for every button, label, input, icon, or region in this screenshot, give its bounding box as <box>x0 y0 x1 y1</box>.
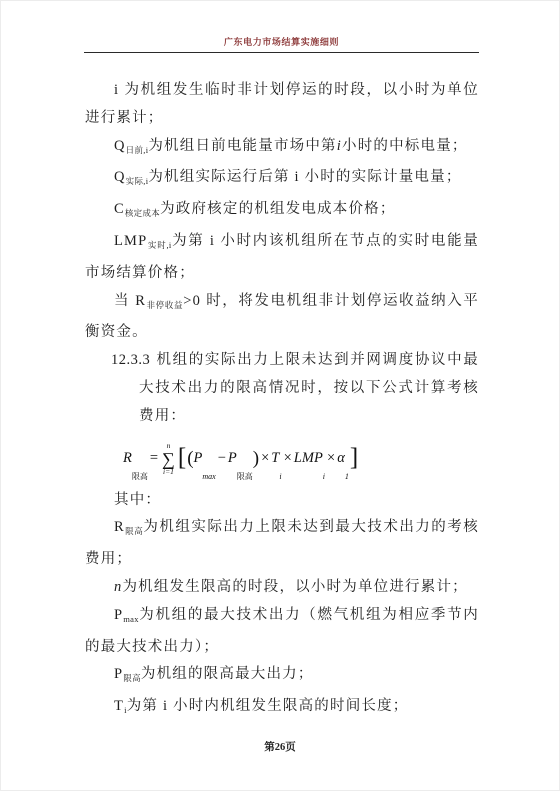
times-sign-3: × <box>327 451 335 466</box>
p-limit-definition: P限高为机组的限高最大出力； <box>85 661 479 693</box>
paragraphs-before-formula: i 为机组发生临时非计划停运的时段，以小时为单位进行累计；Q日前,i为机组日前电… <box>85 77 479 431</box>
text-segment: R <box>114 519 125 535</box>
text-segment: i 为机组发生临时非计划停运的时段，以小时为单位进行累计； <box>85 82 479 126</box>
text-segment: P <box>114 607 123 623</box>
clause-number: 12.3.3 <box>111 347 156 375</box>
text-segment: 小时的中标电量； <box>342 138 468 154</box>
c-approved-cost-definition: C核定成本为政府核定的机组发电成本价格； <box>85 196 479 228</box>
formula-lhs: R <box>123 451 132 466</box>
formula-lhs-subscript: 限高 <box>132 473 148 481</box>
lmp-realtime-definition: LMP实时,i为第 i 小时内该机组所在节点的实时电能量市场结算价格； <box>85 228 479 288</box>
p-max-variable: P <box>194 451 203 466</box>
q-actual-definition: Q实际,i为机组实际运行后第 i 小时的实际计量电量； <box>85 164 479 196</box>
formula-where: 其中： <box>85 487 479 515</box>
text-segment: 限高 <box>125 526 144 536</box>
p-limit-subscript: 限高 <box>237 473 253 481</box>
text-segment: 为第 i 小时内机组发生限高的时间长度； <box>127 698 409 714</box>
left-bracket: [ <box>178 445 186 470</box>
page-header: 广东电力市场结算实施细则 <box>84 36 479 53</box>
period-definition: i 为机组发生临时非计划停运的时段，以小时为单位进行累计； <box>85 77 479 133</box>
right-bracket: ] <box>350 445 358 470</box>
text-segment: T <box>114 698 124 714</box>
text-segment: 其中： <box>114 492 161 508</box>
text-segment: 实时,i <box>147 240 171 250</box>
t-i-definition: Ti为第 i 小时内机组发生限高的时间长度； <box>85 693 479 725</box>
equals-sign: = <box>150 451 158 466</box>
summation-lower-limit: i=1 <box>163 468 174 476</box>
text-segment: 实际,i <box>126 176 149 186</box>
text-segment: 为机组发生限高的时段，以小时为单位进行累计； <box>122 579 467 595</box>
alpha-subscript: 1 <box>345 473 349 481</box>
text-segment: 为机组实际运行后第 i 小时的实际计量电量； <box>148 169 461 185</box>
minus-sign: − <box>218 451 226 466</box>
sigma-glyph: ∑ <box>162 450 175 468</box>
text-segment: C <box>114 201 125 217</box>
text-segment: max <box>123 614 139 624</box>
limit-height-formula: R 限高 = n ∑ i=1 [ ( P max − P 限高 ) × T i … <box>123 439 479 479</box>
q-dayahead-definition: Q日前,i为机组日前电能量市场中第i小时的中标电量； <box>85 133 479 165</box>
text-segment: 核定成本 <box>125 208 160 218</box>
header-rule <box>84 52 479 53</box>
clause-12-3-3: 12.3.3机组的实际出力上限未达到并网调度协议中最大技术出力的限高情况时，按以… <box>85 347 479 430</box>
page-footer: 第26页 <box>1 739 559 754</box>
text-segment: Q <box>114 138 126 154</box>
times-sign-2: × <box>284 451 292 466</box>
text-segment: P <box>114 666 123 682</box>
text-segment: 限高 <box>123 673 141 683</box>
text-segment: 为政府核定的机组发电成本价格； <box>160 201 396 217</box>
document-page: 广东电力市场结算实施细则 i 为机组发生临时非计划停运的时段，以小时为单位进行累… <box>0 0 560 791</box>
page-body: i 为机组发生临时非计划停运的时段，以小时为单位进行累计；Q日前,i为机组日前电… <box>85 77 479 725</box>
t-variable: T <box>271 451 279 466</box>
summation-symbol: n ∑ i=1 <box>162 442 175 475</box>
times-sign-1: × <box>261 451 269 466</box>
paragraphs-after-formula: 其中：R限高为机组实际出力上限未达到最大技术出力的考核费用；n为机组发生限高的时… <box>85 487 479 725</box>
lmp-subscript: i <box>323 473 325 481</box>
text-segment: 为机组的最大技术出力（燃气机组为相应季节内的最大技术出力）； <box>85 607 479 655</box>
lmp-variable: LMP <box>294 451 323 466</box>
alpha-variable: α <box>337 451 345 466</box>
text-segment: 非停收益 <box>146 300 183 310</box>
right-paren: ) <box>253 449 259 468</box>
text-segment: 机组的实际出力上限未达到并网调度协议中最大技术出力的限高情况时，按以下公式计算考… <box>139 352 479 424</box>
text-segment: 日前,i <box>126 145 149 155</box>
text-segment: 为机组日前电能量市场中第 <box>148 138 336 154</box>
p-limit-variable: P <box>228 451 237 466</box>
p-max-definition: Pmax为机组的最大技术出力（燃气机组为相应季节内的最大技术出力）； <box>85 602 479 662</box>
page-number: 第26页 <box>264 742 296 753</box>
text-segment: LMP <box>114 233 147 249</box>
text-segment: 当 R <box>114 293 146 309</box>
text-segment: Q <box>114 169 126 185</box>
text-segment: 为机组实际出力上限未达到最大技术出力的考核费用； <box>85 519 479 567</box>
p-max-subscript: max <box>202 473 215 481</box>
text-segment: 为机组的限高最大出力； <box>141 666 314 682</box>
r-nonstop-income-note: 当 R非停收益>0 时，将发电机组非计划停运收益纳入平衡资金。 <box>85 288 479 348</box>
document-title: 广东电力市场结算实施细则 <box>84 36 479 48</box>
r-limit-definition: R限高为机组实际出力上限未达到最大技术出力的考核费用； <box>85 514 479 574</box>
n-definition: n为机组发生限高的时段，以小时为单位进行累计； <box>85 574 479 602</box>
t-subscript: i <box>279 473 281 481</box>
